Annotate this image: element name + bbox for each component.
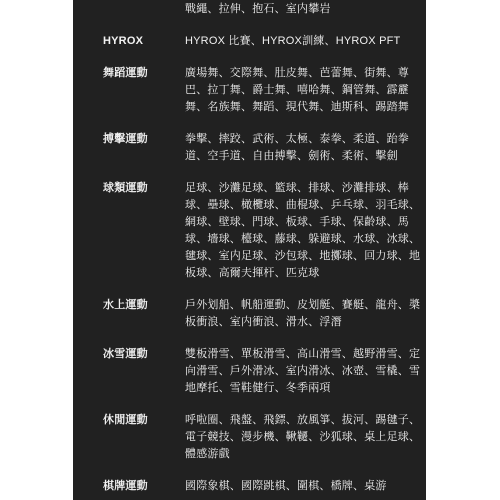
category-row: 休閒運動 呼啦圈、飛盤、飛鏢、放風箏、拔河、踢毽子、電子競技、漫步機、鞦韆、沙狐…	[103, 412, 421, 463]
category-items-text: HYROX 比賽、HYROX訓練、HYROX PFT	[185, 33, 421, 50]
category-label: 休閒運動	[103, 412, 185, 429]
category-label: 冰雪運動	[103, 346, 185, 363]
category-items-text: 廣場舞、交際舞、肚皮舞、芭蕾舞、街舞、尊巴、拉丁舞、爵士舞、嘻哈舞、鋼管舞、霹靂…	[185, 65, 421, 116]
category-items-text: 足球、沙灘足球、籃球、排球、沙灘排球、棒球、壘球、橄欖球、曲棍球、乒乓球、羽毛球…	[185, 180, 421, 282]
category-label: HYROX	[103, 33, 185, 50]
category-items-text: 戰繩、拉伸、抱石、室内攀岩	[185, 1, 421, 18]
category-label: 搏擊運動	[103, 131, 185, 148]
category-items-text: 呼啦圈、飛盤、飛鏢、放風箏、拔河、踢毽子、電子競技、漫步機、鞦韆、沙狐球、桌上足…	[185, 412, 421, 463]
category-label: 舞蹈運動	[103, 65, 185, 82]
category-row: 搏擊運動 拳擊、摔跤、武術、太極、泰拳、柔道、跆拳道、空手道、自由搏擊、劍術、柔…	[103, 131, 421, 165]
category-row: 水上運動 戶外划船、帆船運動、皮划艇、賽艇、龍舟、槳板衝浪、室内衝浪、滑水、浮潛	[103, 297, 421, 331]
category-items-text: 戶外划船、帆船運動、皮划艇、賽艇、龍舟、槳板衝浪、室内衝浪、滑水、浮潛	[185, 297, 421, 331]
category-row: HYROX HYROX 比賽、HYROX訓練、HYROX PFT	[103, 33, 421, 50]
category-items-text: 國際象棋、國際跳棋、圍棋、橋牌、桌游	[185, 478, 421, 495]
category-label: 水上運動	[103, 297, 185, 314]
sport-category-list[interactable]: 戰繩、拉伸、抱石、室内攀岩 HYROX HYROX 比賽、HYROX訓練、HYR…	[73, 0, 426, 500]
category-row: 冰雪運動 雙板滑雪、單板滑雪、高山滑雪、越野滑雪、定向滑雪、戶外滑冰、室内滑冰、…	[103, 346, 421, 397]
category-label: 球類運動	[103, 180, 185, 197]
category-items-text: 雙板滑雪、單板滑雪、高山滑雪、越野滑雪、定向滑雪、戶外滑冰、室内滑冰、冰壺、雪橇…	[185, 346, 421, 397]
category-row: 球類運動 足球、沙灘足球、籃球、排球、沙灘排球、棒球、壘球、橄欖球、曲棍球、乒乓…	[103, 180, 421, 282]
app-page: 戰繩、拉伸、抱石、室内攀岩 HYROX HYROX 比賽、HYROX訓練、HYR…	[0, 0, 500, 500]
category-label: 棋牌運動	[103, 478, 185, 495]
category-items-text: 拳擊、摔跤、武術、太極、泰拳、柔道、跆拳道、空手道、自由搏擊、劍術、柔術、擊劍	[185, 131, 421, 165]
category-row: 舞蹈運動 廣場舞、交際舞、肚皮舞、芭蕾舞、街舞、尊巴、拉丁舞、爵士舞、嘻哈舞、鋼…	[103, 65, 421, 116]
category-row: 戰繩、拉伸、抱石、室内攀岩	[103, 1, 421, 18]
category-row: 棋牌運動 國際象棋、國際跳棋、圍棋、橋牌、桌游	[103, 478, 421, 495]
